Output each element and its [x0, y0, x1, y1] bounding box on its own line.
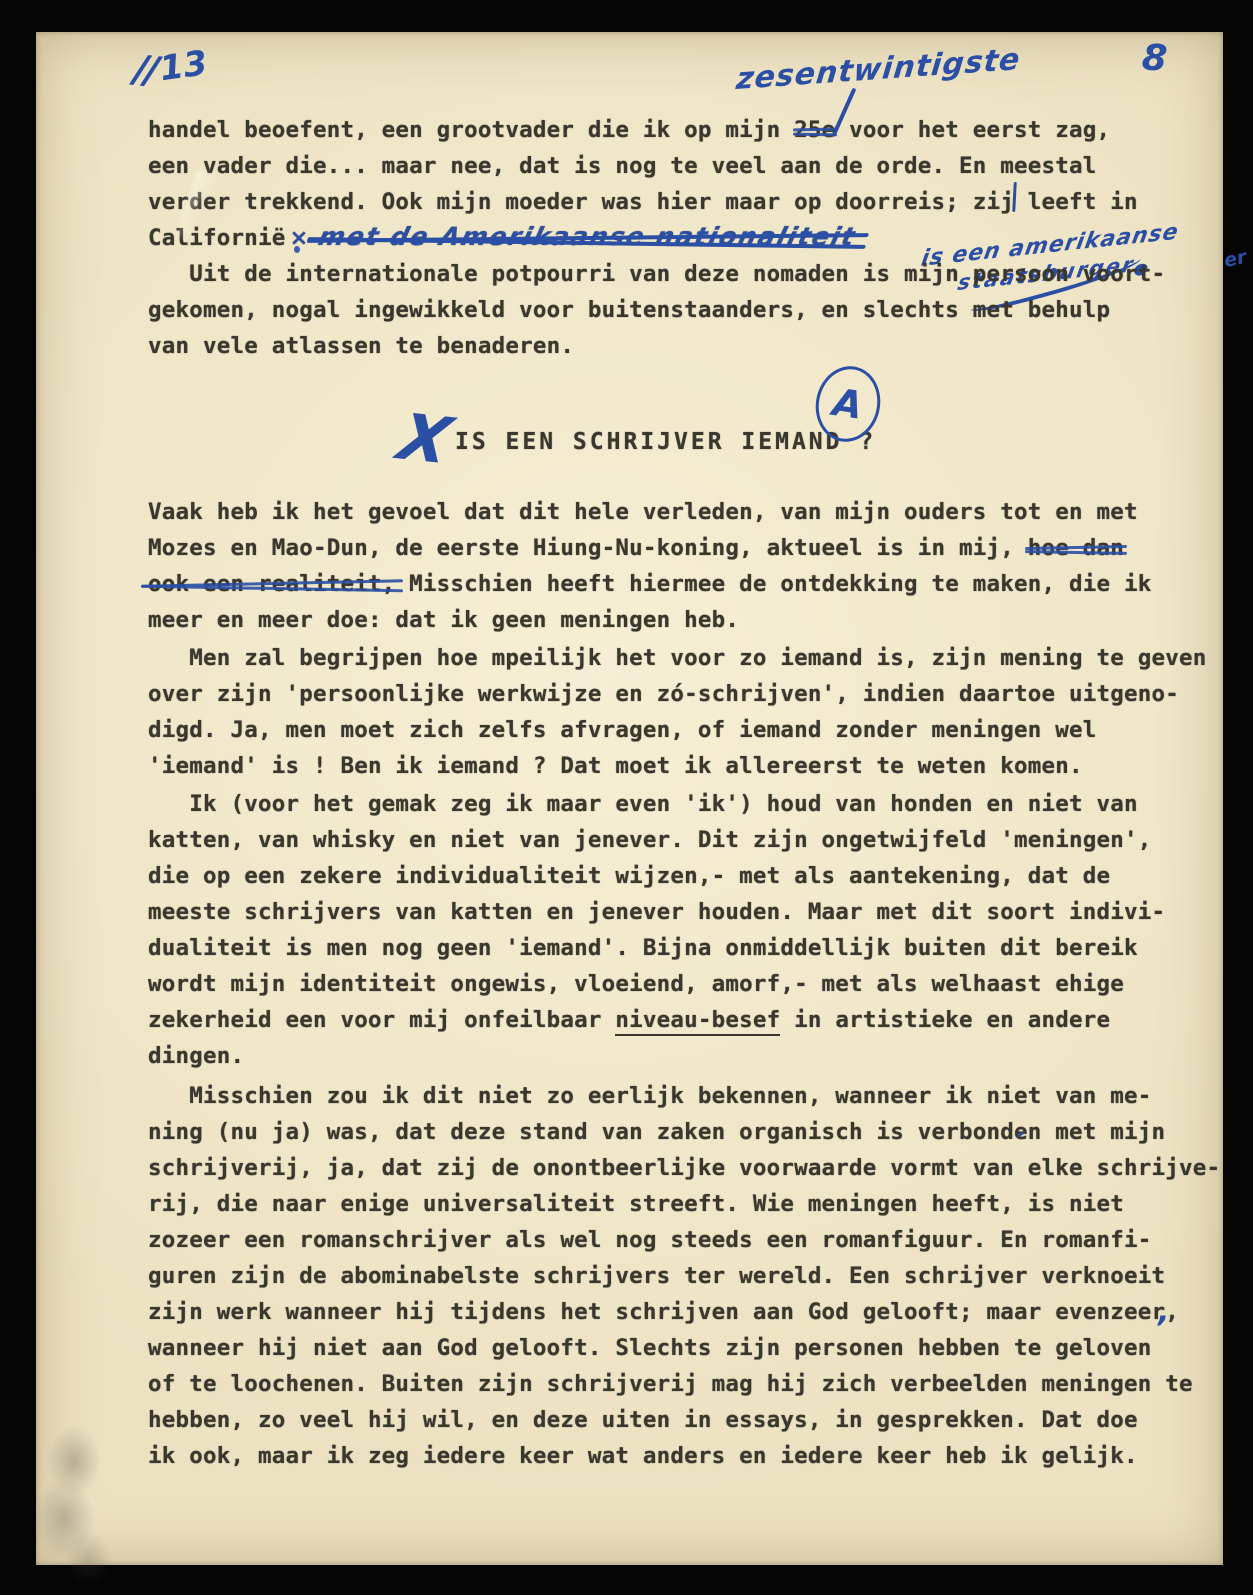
handwritten-page-number-13: //13: [131, 39, 210, 93]
handwritten-page-number-8: 8: [1141, 37, 1169, 80]
typed-text: gekomen, nogal ingewikkeld voor buitenst…: [148, 297, 1110, 323]
typed-text: wordt mijn identiteit ongewis, vloeiend,…: [148, 971, 1124, 997]
typed-text: Men zal begrijpen hoe mpeilijk het voor …: [148, 645, 1206, 671]
typed-text: meer en meer doe: dat ik geen meningen h…: [148, 607, 739, 633]
struck-typed-text: 25e: [794, 117, 835, 143]
typed-text: zijn werk wanneer hij tijdens het schrij…: [148, 1299, 1179, 1325]
page-number-left-value: 13: [157, 43, 209, 89]
text-line: meer en meer doe: dat ik geen meningen h…: [148, 602, 1151, 638]
typed-text: zekerheid een voor mij onfeilbaar: [148, 1007, 615, 1033]
typed-text: dingen.: [148, 1043, 244, 1069]
circled-letter-value: A: [830, 380, 865, 428]
typed-text: of te loochenen. Buiten zijn schrijverij…: [148, 1371, 1193, 1397]
text-line: Vaak heb ik het gevoel dat dit hele verl…: [148, 494, 1151, 530]
text-line: ning (nu ja) was, dat deze stand van zak…: [148, 1114, 1220, 1150]
typed-text: Misschien heeft hiermee de ontdekking te…: [395, 571, 1151, 597]
typed-text: een vader die... maar nee, dat is nog te…: [148, 153, 1096, 179]
typed-text: voor het eerst zag,: [835, 117, 1110, 143]
text-line: Californië×met de Amerikaanse nationalit…: [148, 220, 1165, 256]
underlined-typed-text: niveau-besef: [615, 1007, 780, 1036]
strike-marks: //: [132, 47, 158, 93]
text-line: zozeer een romanschrijver als wel nog st…: [148, 1222, 1220, 1258]
paragraph-opening: handel beoefent, een grootvader die ik o…: [148, 112, 1165, 364]
text-line: dualiteit is men nog geen 'iemand'. Bijn…: [148, 930, 1165, 966]
typed-text: hebben, zo veel hij wil, en deze uiten i…: [148, 1407, 1138, 1433]
typed-text: 'iemand' is ! Ben ik iemand ? Dat moet i…: [148, 753, 1083, 779]
text-line: Misschien zou ik dit niet zo eerlijk bek…: [148, 1078, 1220, 1114]
text-line: zijn werk wanneer hij tijdens het schrij…: [148, 1294, 1220, 1330]
typed-text: Uit de internationale potpourri van deze…: [148, 261, 1165, 287]
text-line: schrijverij, ja, dat zij de onontbeerlij…: [148, 1150, 1220, 1186]
typed-text: over zijn 'persoonlijke werkwijze en zó-…: [148, 681, 1179, 707]
handwritten-x-mark: X: [392, 406, 457, 474]
text-line: die op een zekere individualiteit wijzen…: [148, 858, 1165, 894]
text-line: zekerheid een voor mij onfeilbaar niveau…: [148, 1002, 1165, 1038]
text-line: meeste schrijvers van katten en jenever …: [148, 894, 1165, 930]
typed-text: katten, van whisky en niet van jenever. …: [148, 827, 1151, 853]
typed-text: van vele atlassen te benaderen.: [148, 333, 574, 359]
typed-text: Californië: [148, 225, 285, 251]
scan-background: { "colors":{"paper":"#ece1c1","typewrite…: [0, 0, 1253, 1595]
typed-text: handel beoefent, een grootvader die ik o…: [148, 117, 794, 143]
typed-text: Ik (voor het gemak zeg ik maar even 'ik'…: [148, 791, 1138, 817]
paragraph-men-zal: Men zal begrijpen hoe mpeilijk het voor …: [148, 640, 1206, 784]
text-line: wordt mijn identiteit ongewis, vloeiend,…: [148, 966, 1165, 1002]
typed-text: in artistieke en andere: [780, 1007, 1110, 1033]
text-line: rij, die naar enige universaliteit stree…: [148, 1186, 1220, 1222]
struck-typed-text: ook een realiteit,: [148, 571, 395, 597]
typed-text: Mozes en Mao-Dun, de eerste Hiung-Nu-kon…: [148, 535, 1028, 561]
handwritten-insertion-zesentwintigste: zesentwintigste: [734, 42, 1022, 97]
text-line: verder trekkend. Ook mijn moeder was hie…: [148, 184, 1165, 220]
handwritten-comma: ,: [1158, 1294, 1169, 1329]
typed-text: digd. Ja, men moet zich zelfs afvragen, …: [148, 717, 1096, 743]
text-line: of te loochenen. Buiten zijn schrijverij…: [148, 1366, 1220, 1402]
text-line: Ik (voor het gemak zeg ik maar even 'ik'…: [148, 786, 1165, 822]
text-line: wanneer hij niet aan God gelooft. Slecht…: [148, 1330, 1220, 1366]
text-line: guren zijn de abominabelste schrijvers t…: [148, 1258, 1220, 1294]
text-line: gekomen, nogal ingewikkeld voor buitenst…: [148, 292, 1165, 328]
typed-text: die op een zekere individualiteit wijzen…: [148, 863, 1110, 889]
text-line: ik ook, maar ik zeg iedere keer wat ande…: [148, 1438, 1220, 1474]
text-line: Mozes en Mao-Dun, de eerste Hiung-Nu-kon…: [148, 530, 1151, 566]
typed-text: wanneer hij niet aan God gelooft. Slecht…: [148, 1335, 1151, 1361]
text-line: katten, van whisky en niet van jenever. …: [148, 822, 1165, 858]
text-line: een vader die... maar nee, dat is nog te…: [148, 148, 1165, 184]
typed-text: verder trekkend. Ook mijn moeder was hie…: [148, 189, 1138, 215]
paragraph-ik-voor-het-gemak: Ik (voor het gemak zeg ik maar even 'ik'…: [148, 786, 1165, 1074]
typed-text: ik ook, maar ik zeg iedere keer wat ande…: [148, 1443, 1138, 1469]
text-line: van vele atlassen te benaderen.: [148, 328, 1165, 364]
text-line: over zijn 'persoonlijke werkwijze en zó-…: [148, 676, 1206, 712]
typed-text: meeste schrijvers van katten en jenever …: [148, 899, 1165, 925]
section-heading: IS EEN SCHRIJVER IEMAND ?: [455, 424, 876, 460]
paragraph-misschien: Misschien zou ik dit niet zo eerlijk bek…: [148, 1078, 1220, 1474]
text-line: Uit de internationale potpourri van deze…: [148, 256, 1165, 292]
struck-typed-text: hoe dan: [1028, 535, 1124, 561]
typed-text: rij, die naar enige universaliteit stree…: [148, 1191, 1124, 1217]
text-line: dingen.: [148, 1038, 1165, 1074]
text-line: ook een realiteit, Misschien heeft hierm…: [148, 566, 1151, 602]
text-line: digd. Ja, men moet zich zelfs afvragen, …: [148, 712, 1206, 748]
typed-text: Vaak heb ik het gevoel dat dit hele verl…: [148, 499, 1138, 525]
ink-smudge: [36, 1420, 131, 1585]
typed-text: Misschien zou ik dit niet zo eerlijk bek…: [148, 1083, 1151, 1109]
manuscript-page: //13 8 zesentwintigste is een amerikaans…: [36, 32, 1223, 1565]
typed-text: dualiteit is men nog geen 'iemand'. Bijn…: [148, 935, 1138, 961]
text-line: Men zal begrijpen hoe mpeilijk het voor …: [148, 640, 1206, 676]
paragraph-vaak: Vaak heb ik het gevoel dat dit hele verl…: [148, 494, 1151, 638]
text-line: hebben, zo veel hij wil, en deze uiten i…: [148, 1402, 1220, 1438]
struck-handwritten-text: met de Amerikaanse nationaliteit: [308, 220, 865, 254]
typed-text: guren zijn de abominabelste schrijvers t…: [148, 1263, 1165, 1289]
margin-note-suffix: er: [1222, 246, 1248, 272]
text-line: 'iemand' is ! Ben ik iemand ? Dat moet i…: [148, 748, 1206, 784]
text-line: handel beoefent, een grootvader die ik o…: [148, 112, 1165, 148]
typed-text: zozeer een romanschrijver als wel nog st…: [148, 1227, 1151, 1253]
typed-text: schrijverij, ja, dat zij de onontbeerlij…: [148, 1155, 1220, 1181]
